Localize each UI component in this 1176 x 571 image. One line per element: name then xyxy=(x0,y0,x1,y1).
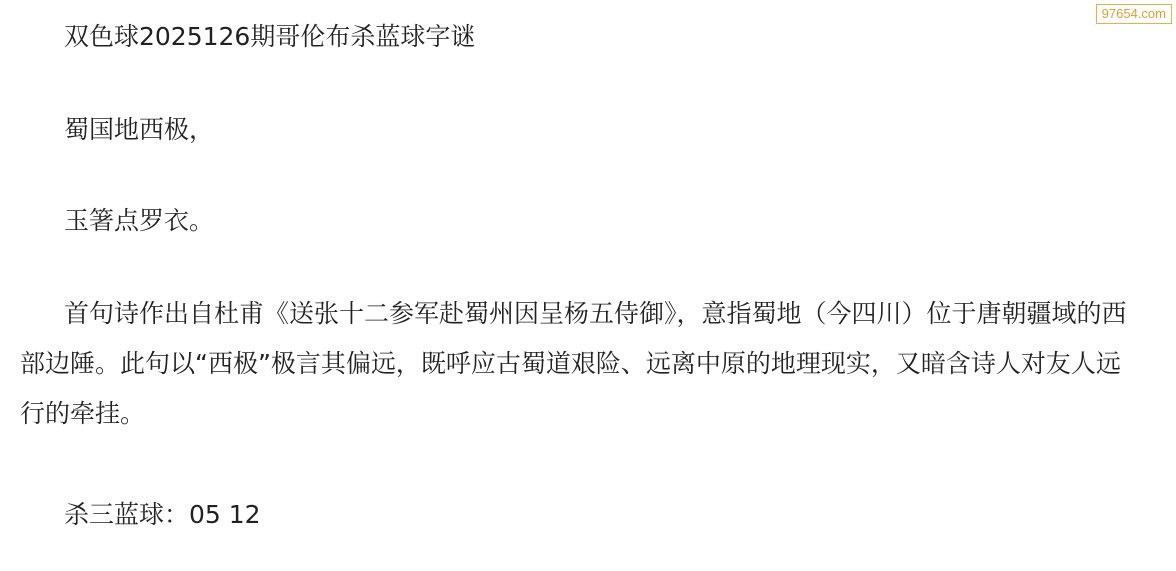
answer-numbers: 05 12 xyxy=(189,500,261,529)
riddle-explanation: 首句诗作出自杜甫《送张十二参军赴蜀州因呈杨五侍御》，意指蜀地（今四川）位于唐朝疆… xyxy=(20,289,1140,439)
answer-line: 杀三蓝球：05 12 xyxy=(20,490,1156,540)
riddle-line-1: 蜀国地西极， xyxy=(20,105,1156,155)
riddle-line-2: 玉箸点罗衣。 xyxy=(20,196,1156,246)
answer-label: 杀三蓝球： xyxy=(64,500,189,529)
article-title: 双色球2025126期哥伦布杀蓝球字谜 xyxy=(20,12,1156,62)
